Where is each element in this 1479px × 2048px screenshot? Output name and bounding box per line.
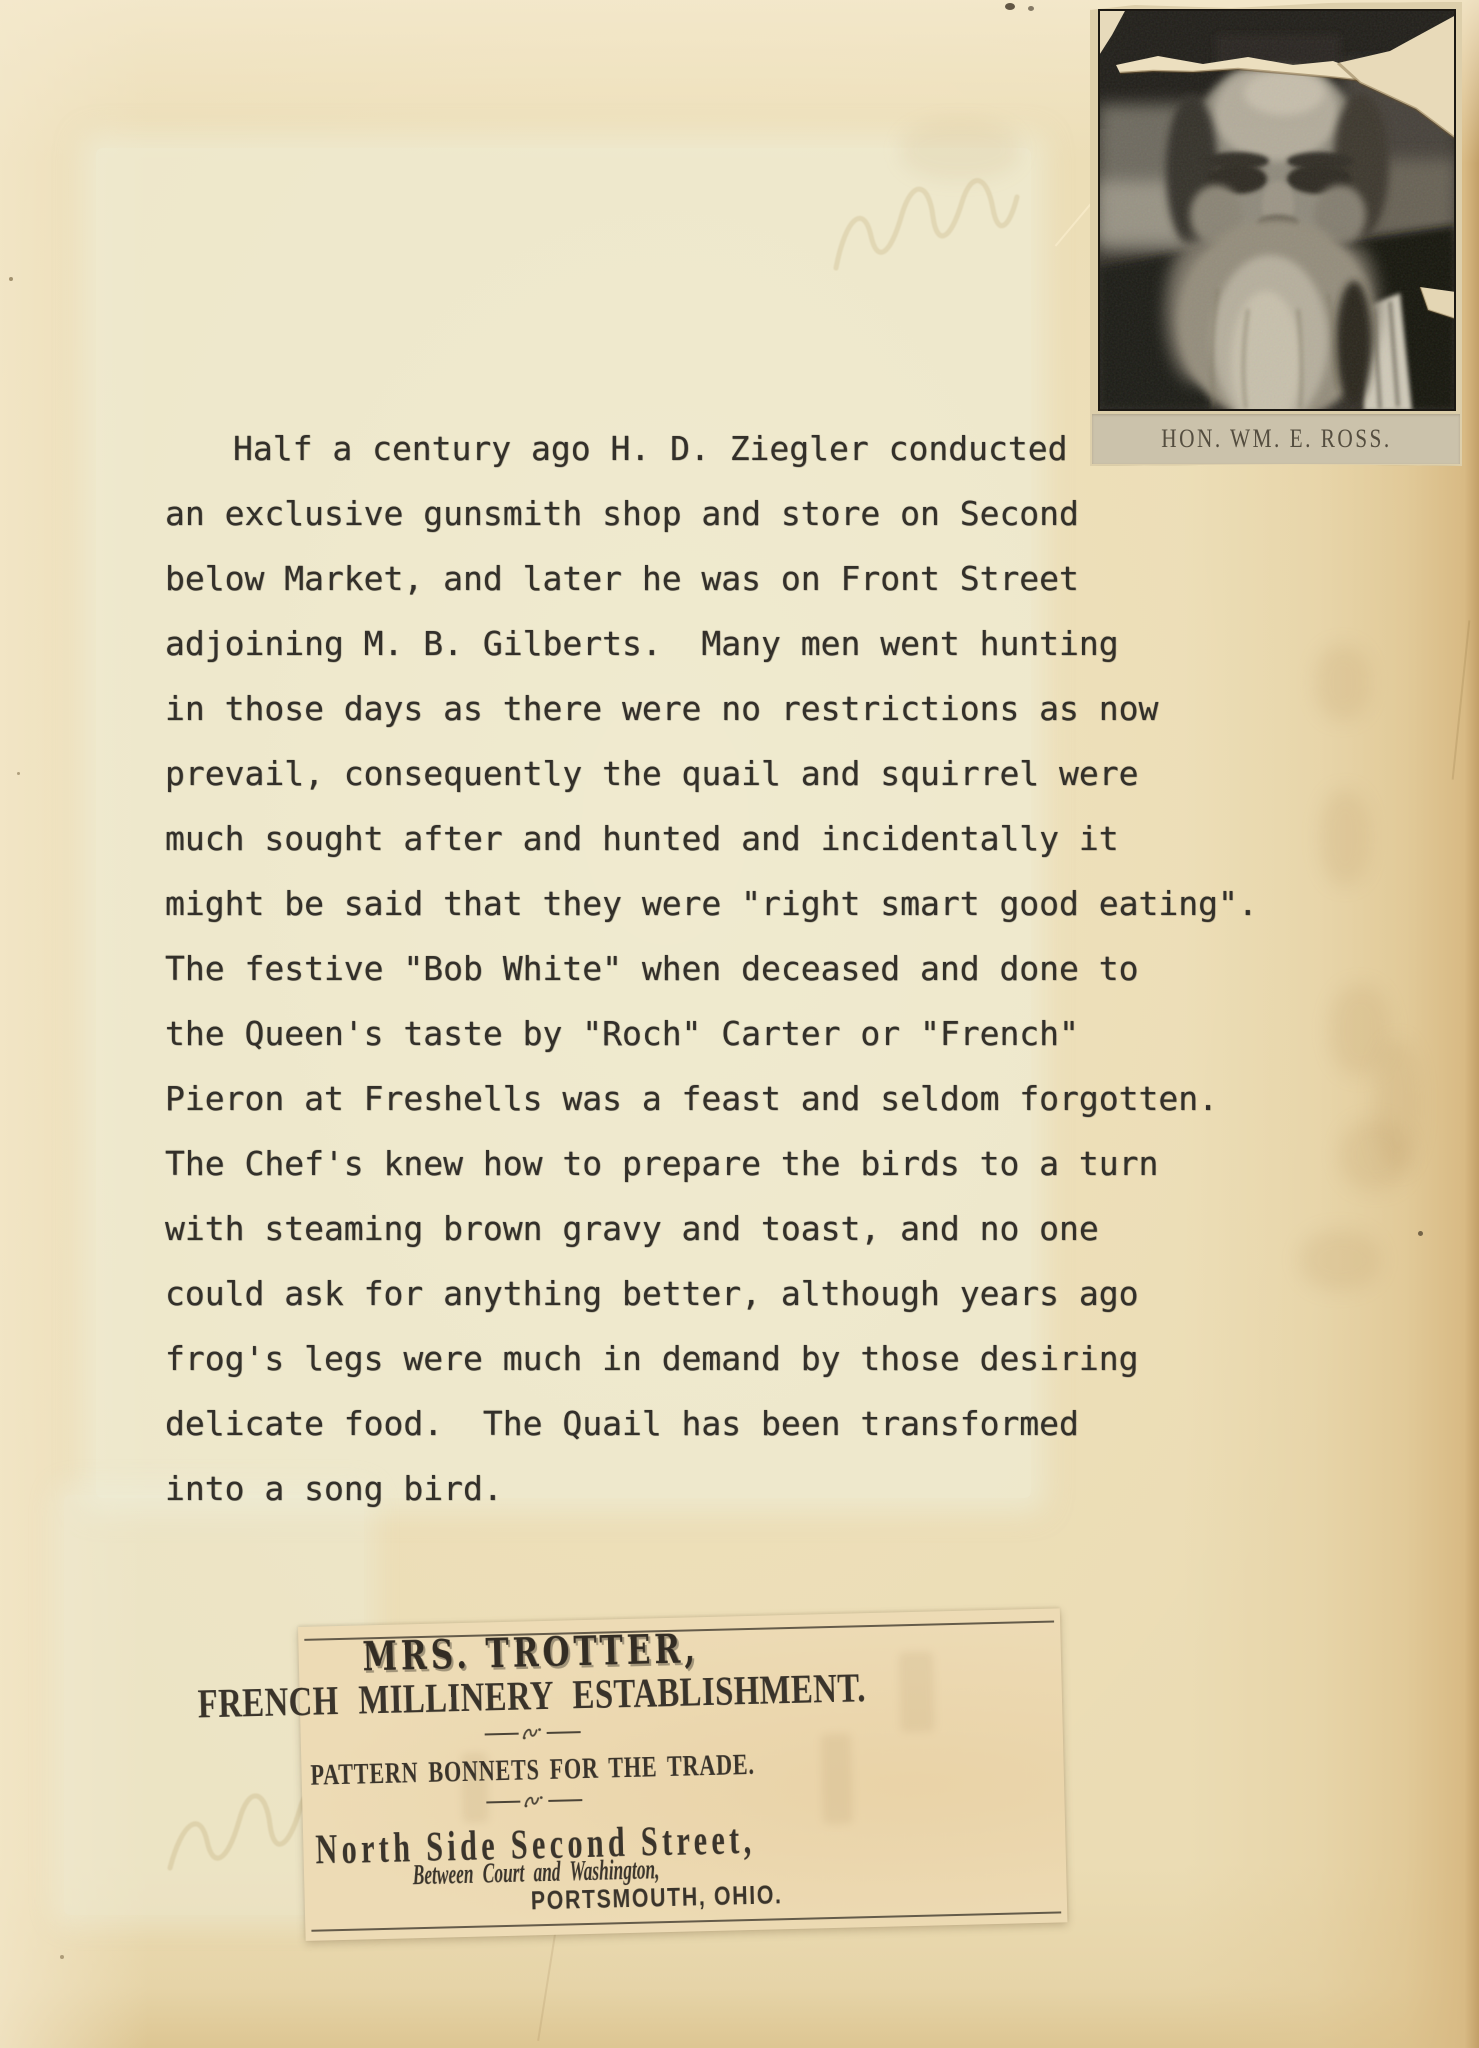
typed-paragraph: Half a century ago H. D. Ziegler conduct… — [165, 416, 1295, 1521]
ad-city-state: PORTSMOUTH, OHIO. — [531, 1879, 783, 1916]
ad-establishment-line: FRENCH MILLINERY ESTABLISHMENT. — [197, 1663, 866, 1727]
advertisement-clipping: MRS. TROTTER, FRENCH MILLINERY ESTABLISH… — [298, 1608, 1067, 1941]
paper-speck — [60, 1955, 64, 1959]
stain-blob — [900, 120, 1020, 180]
ad-divider-ornament — [486, 1792, 582, 1810]
typed-line: into a song bird. — [165, 1456, 1295, 1521]
typed-line: frog's legs were much in demand by those… — [165, 1326, 1295, 1391]
ad-divider-ornament — [484, 1724, 580, 1742]
divider-bar — [485, 1733, 519, 1736]
ad-bleedthrough — [899, 1651, 935, 1732]
typed-line: delicate food. The Quail has been transf… — [165, 1391, 1295, 1456]
photo-caption: HON. WM. E. ROSS. — [1161, 424, 1391, 454]
ad-tagline: PATTERN BONNETS FOR THE TRADE. — [310, 1748, 755, 1793]
typed-line: could ask for anything better, although … — [165, 1261, 1295, 1326]
divider-bar — [486, 1801, 520, 1804]
paper-speck — [1418, 1231, 1423, 1236]
ad-bottom-rule — [311, 1911, 1061, 1931]
paper-crease — [1452, 620, 1471, 779]
typed-line: adjoining M. B. Gilberts. Many men went … — [165, 611, 1295, 676]
paper-speck — [1005, 3, 1015, 10]
ad-bleedthrough — [821, 1734, 853, 1825]
stain-blob — [1340, 1120, 1410, 1190]
scrapbook-page: Half a century ago H. D. Ziegler conduct… — [0, 0, 1479, 2048]
stain-blob — [1375, 1040, 1420, 1170]
stain-blob — [1330, 985, 1390, 1075]
typed-line: in those days as there were no restricti… — [165, 676, 1295, 741]
photo-caption-strip: HON. WM. E. ROSS. — [1092, 414, 1460, 464]
portrait-photo — [1098, 9, 1456, 411]
stain-blob — [1320, 790, 1370, 885]
typed-line: the Queen's taste by "Roch" Carter or "F… — [165, 1001, 1295, 1066]
typed-line: with steaming brown gravy and toast, and… — [165, 1196, 1295, 1261]
typed-line: The festive "Bob White" when deceased an… — [165, 936, 1295, 1001]
typed-line: prevail, consequently the quail and squi… — [165, 741, 1295, 806]
typed-line: The Chef's knew how to prepare the birds… — [165, 1131, 1295, 1196]
stain-blob — [1300, 1230, 1380, 1290]
typed-line: an exclusive gunsmith shop and store on … — [165, 481, 1295, 546]
typed-line: Pieron at Freshells was a feast and seld… — [165, 1066, 1295, 1131]
scroll-ornament-icon — [521, 1725, 543, 1742]
typed-line: below Market, and later he was on Front … — [165, 546, 1295, 611]
photo-clipping: HON. WM. E. ROSS. — [1090, 2, 1462, 466]
divider-bar — [548, 1799, 582, 1802]
divider-bar — [547, 1731, 581, 1734]
typed-line: might be said that they were "right smar… — [165, 871, 1295, 936]
typed-line: much sought after and hunted and inciden… — [165, 806, 1295, 871]
stain-blob — [1315, 645, 1370, 720]
paper-speck — [17, 772, 20, 775]
scroll-ornament-icon — [523, 1793, 545, 1810]
paper-speck — [1028, 6, 1034, 11]
paper-speck — [9, 277, 13, 281]
